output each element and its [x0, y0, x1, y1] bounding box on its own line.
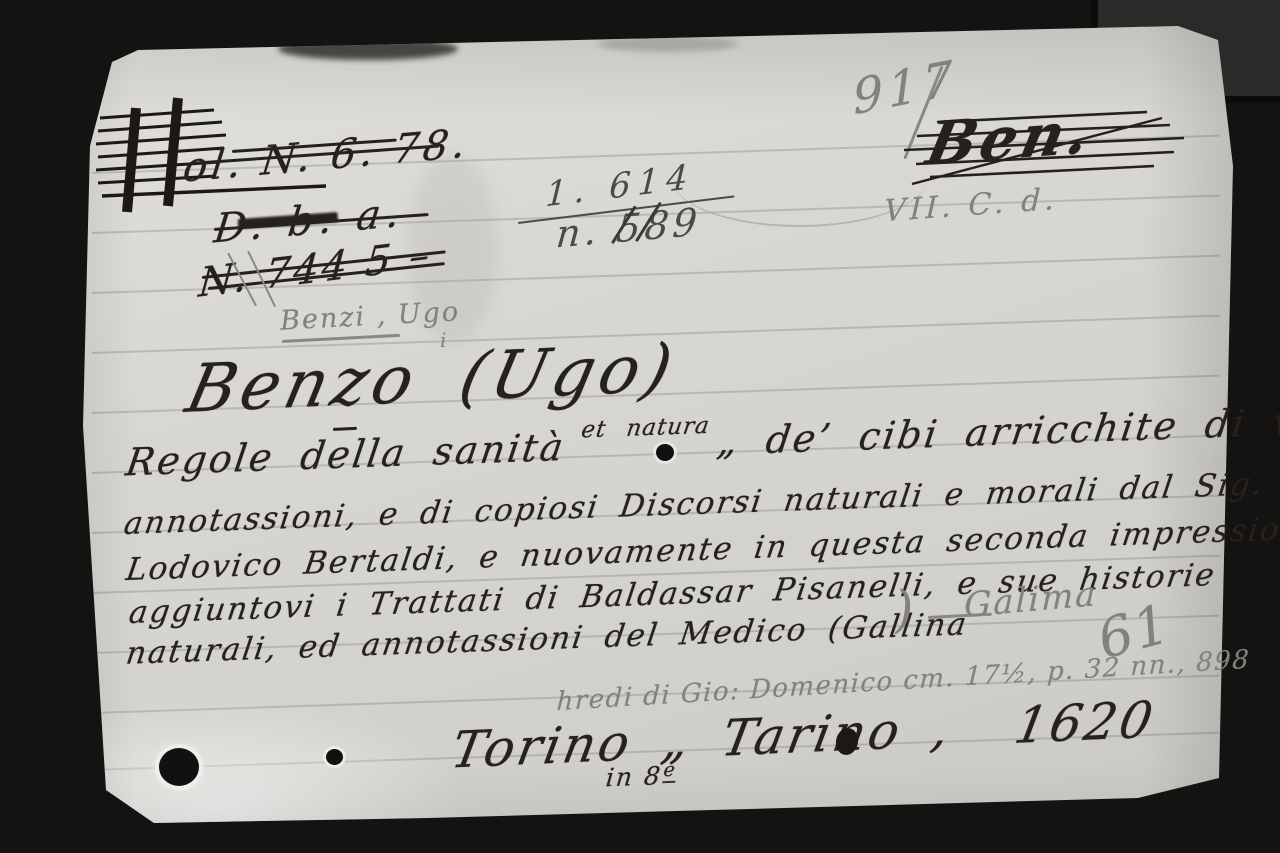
- imprint-year: 1620: [1010, 690, 1160, 755]
- imprint-gap: [948, 743, 1012, 746]
- format-note: in 8e: [604, 761, 677, 794]
- punch-hole-small: [326, 749, 343, 765]
- scanned-catalog-card-photo: ol. N. 6. 78. D. b. a. N. 744 5 – 1. 614…: [0, 0, 1280, 853]
- punch-hole-middle: [656, 444, 674, 461]
- edge-smudge: [598, 36, 738, 52]
- title-insertion: et natura: [580, 413, 712, 444]
- edge-smudge: [278, 38, 458, 60]
- format-sup: e: [662, 759, 678, 784]
- format-pre: in 8: [605, 761, 664, 792]
- punch-hole-large: [159, 748, 199, 786]
- pencil-closing-paren: ): [892, 579, 916, 638]
